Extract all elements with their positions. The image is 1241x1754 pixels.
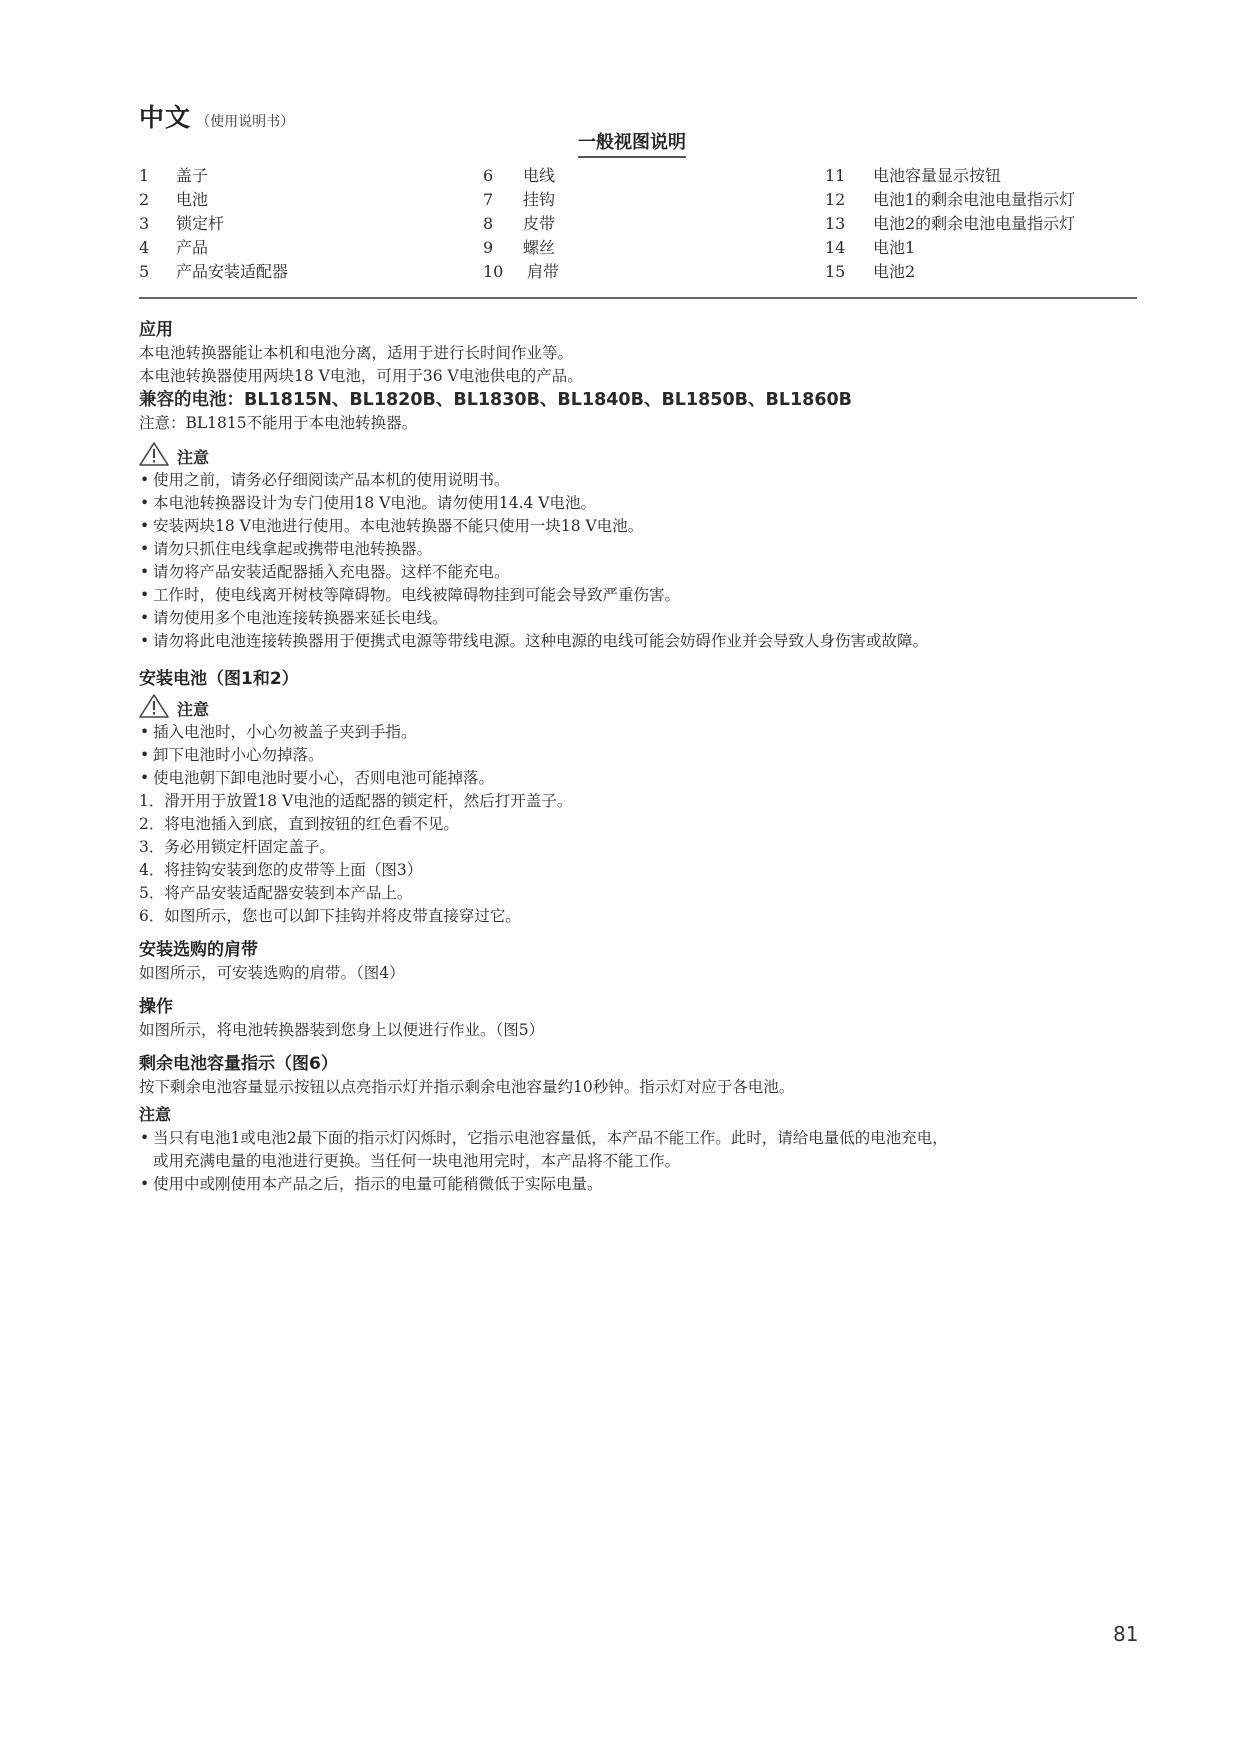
page-number: 81 xyxy=(1113,1622,1138,1646)
shoulder-strap-section: 安装选购的肩带 如图所示，可安装选购的肩带。（图4） xyxy=(139,938,1139,985)
caution-item: •工作时，使电线离开树枝等障碍物。电线被障碍物挂到可能会导致严重伤害。 xyxy=(139,584,1139,607)
parts-column-3: 11电池容量显示按钮 12电池1的剩余电池电量指示灯 13电池2的剩余电池电量指… xyxy=(825,164,1075,284)
caution-item: •请勿将产品安装适配器插入充电器。这样不能充电。 xyxy=(139,561,1139,584)
manual-subtitle: （使用说明书） xyxy=(196,114,294,130)
part-label: 电池1 xyxy=(873,236,915,260)
part-label: 螺丝 xyxy=(523,236,555,260)
warning-triangle-icon xyxy=(139,442,169,470)
parts-column-2: 6电线 7挂钩 8皮带 9螺丝 10肩带 xyxy=(483,164,559,284)
part-label: 皮带 xyxy=(523,212,555,236)
application-note: 注意：BL1815不能用于本电池转换器。 xyxy=(139,412,1139,435)
part-item: 6电线 xyxy=(483,164,559,188)
capacity-text: 按下剩余电池容量显示按钮以点亮指示灯并指示剩余电池容量约10秒钟。指示灯对应于各… xyxy=(139,1076,1139,1099)
operation-section: 操作 如图所示，将电池转换器装到您身上以便进行作业。（图5） xyxy=(139,995,1139,1042)
note-item-continuation: 或用充满电量的电池进行更换。当任何一块电池用完时，本产品将不能工作。 xyxy=(139,1150,1139,1173)
part-item: 14电池1 xyxy=(825,236,1075,260)
capacity-section: 剩余电池容量指示（图6） 按下剩余电池容量显示按钮以点亮指示灯并指示剩余电池容量… xyxy=(139,1052,1139,1196)
part-number: 5 xyxy=(139,260,176,284)
caution-header: 注意 xyxy=(139,695,1139,721)
note-item: •当只有电池1或电池2最下面的指示灯闪烁时，它指示电池容量低，本产品不能工作。此… xyxy=(139,1127,1139,1150)
part-item: 9螺丝 xyxy=(483,236,559,260)
part-number: 1 xyxy=(139,164,176,188)
caution-label: 注意 xyxy=(177,697,209,720)
part-label: 锁定杆 xyxy=(176,212,224,236)
install-step: 1．滑开用于放置18 V电池的适配器的锁定杆，然后打开盖子。 xyxy=(139,790,1139,813)
part-number: 7 xyxy=(483,188,523,212)
operation-text: 如图所示，将电池转换器装到您身上以便进行作业。（图5） xyxy=(139,1019,1139,1042)
part-label: 肩带 xyxy=(527,260,559,284)
part-label: 电池1的剩余电池电量指示灯 xyxy=(873,188,1075,212)
caution-section-general: 注意 •使用之前，请务必仔细阅读产品本机的使用说明书。 •本电池转换器设计为专门… xyxy=(139,443,1139,653)
operation-heading: 操作 xyxy=(139,995,1139,1019)
caution-label: 注意 xyxy=(177,445,209,468)
caution-item: •本电池转换器设计为专门使用18 V电池。请勿使用14.4 V电池。 xyxy=(139,492,1139,515)
part-label: 产品 xyxy=(176,236,208,260)
part-label: 电池2的剩余电池电量指示灯 xyxy=(873,212,1075,236)
capacity-note-list: •当只有电池1或电池2最下面的指示灯闪烁时，它指示电池容量低，本产品不能工作。此… xyxy=(139,1127,1139,1196)
part-number: 14 xyxy=(825,236,873,260)
part-number: 4 xyxy=(139,236,176,260)
application-heading: 应用 xyxy=(139,318,1139,342)
note-item: •使用中或刚使用本产品之后，指示的电量可能稍微低于实际电量。 xyxy=(139,1173,1139,1196)
part-number: 15 xyxy=(825,260,873,284)
part-item: 5产品安装适配器 xyxy=(139,260,288,284)
part-label: 电池 xyxy=(176,188,208,212)
application-section: 应用 本电池转换器能让本机和电池分离，适用于进行长时间作业等。 本电池转换器使用… xyxy=(139,318,1139,435)
part-label: 产品安装适配器 xyxy=(176,260,288,284)
install-battery-section: 安装电池（图1和2） 注意 •插入电池时，小心勿被盖子夹到手指。 •卸下电池时小… xyxy=(139,667,1139,928)
caution-item: •安装两块18 V电池进行使用。本电池转换器不能只使用一块18 V电池。 xyxy=(139,515,1139,538)
part-label: 电线 xyxy=(523,164,555,188)
part-number: 3 xyxy=(139,212,176,236)
part-item: 15电池2 xyxy=(825,260,1075,284)
part-number: 11 xyxy=(825,164,873,188)
caution-header: 注意 xyxy=(139,443,1139,469)
manual-body: 应用 本电池转换器能让本机和电池分离，适用于进行长时间作业等。 本电池转换器使用… xyxy=(139,318,1139,1196)
caution-list: •使用之前，请务必仔细阅读产品本机的使用说明书。 •本电池转换器设计为专门使用1… xyxy=(139,469,1139,653)
part-number: 2 xyxy=(139,188,176,212)
capacity-note-label: 注意 xyxy=(139,1103,1139,1127)
caution-item: •使用之前，请务必仔细阅读产品本机的使用说明书。 xyxy=(139,469,1139,492)
part-item: 11电池容量显示按钮 xyxy=(825,164,1075,188)
install-step: 5．将产品安装适配器安装到本产品上。 xyxy=(139,882,1139,905)
warning-triangle-icon xyxy=(139,694,169,722)
install-heading: 安装电池（图1和2） xyxy=(139,667,1139,691)
caution-item: •请勿将此电池连接转换器用于便携式电源等带线电源。这种电源的电线可能会妨碍作业并… xyxy=(139,630,1139,653)
part-label: 电池2 xyxy=(873,260,915,284)
caution-item: •请勿使用多个电池连接转换器来延长电线。 xyxy=(139,607,1139,630)
caution-item: •卸下电池时小心勿掉落。 xyxy=(139,744,1139,767)
part-number: 10 xyxy=(483,260,527,284)
language-title: 中文 xyxy=(139,103,191,132)
part-item: 7挂钩 xyxy=(483,188,559,212)
part-number: 13 xyxy=(825,212,873,236)
install-steps: 1．滑开用于放置18 V电池的适配器的锁定杆，然后打开盖子。 2．将电池插入到底… xyxy=(139,790,1139,928)
part-item: 8皮带 xyxy=(483,212,559,236)
part-number: 6 xyxy=(483,164,523,188)
part-number: 8 xyxy=(483,212,523,236)
general-view-title: 一般视图说明 xyxy=(578,128,686,158)
application-line: 本电池转换器使用两块18 V电池，可用于36 V电池供电的产品。 xyxy=(139,365,1139,388)
caution-item: •插入电池时，小心勿被盖子夹到手指。 xyxy=(139,721,1139,744)
compatible-batteries: 兼容的电池：BL1815N、BL1820B、BL1830B、BL1840B、BL… xyxy=(139,388,1139,412)
part-item: 10肩带 xyxy=(483,260,559,284)
part-item: 3锁定杆 xyxy=(139,212,288,236)
caution-item: •使电池朝下卸电池时要小心，否则电池可能掉落。 xyxy=(139,767,1139,790)
part-label: 盖子 xyxy=(176,164,208,188)
install-step: 3．务必用锁定杆固定盖子。 xyxy=(139,836,1139,859)
part-item: 13电池2的剩余电池电量指示灯 xyxy=(825,212,1075,236)
application-line: 本电池转换器能让本机和电池分离，适用于进行长时间作业等。 xyxy=(139,342,1139,365)
shoulder-text: 如图所示，可安装选购的肩带。（图4） xyxy=(139,962,1139,985)
part-label: 挂钩 xyxy=(523,188,555,212)
install-caution-list: •插入电池时，小心勿被盖子夹到手指。 •卸下电池时小心勿掉落。 •使电池朝下卸电… xyxy=(139,721,1139,790)
part-item: 12电池1的剩余电池电量指示灯 xyxy=(825,188,1075,212)
section-divider xyxy=(139,297,1137,299)
part-label: 电池容量显示按钮 xyxy=(873,164,1001,188)
part-item: 2电池 xyxy=(139,188,288,212)
shoulder-heading: 安装选购的肩带 xyxy=(139,938,1139,962)
install-step: 2．将电池插入到底，直到按钮的红色看不见。 xyxy=(139,813,1139,836)
install-step: 4．将挂钩安装到您的皮带等上面（图3） xyxy=(139,859,1139,882)
part-item: 1盖子 xyxy=(139,164,288,188)
part-number: 9 xyxy=(483,236,523,260)
install-step: 6．如图所示，您也可以卸下挂钩并将皮带直接穿过它。 xyxy=(139,905,1139,928)
capacity-heading: 剩余电池容量指示（图6） xyxy=(139,1052,1139,1076)
parts-column-1: 1盖子 2电池 3锁定杆 4产品 5产品安装适配器 xyxy=(139,164,288,284)
page-heading: 中文 （使用说明书） xyxy=(139,98,294,134)
caution-item: •请勿只抓住电线拿起或携带电池转换器。 xyxy=(139,538,1139,561)
part-item: 4产品 xyxy=(139,236,288,260)
part-number: 12 xyxy=(825,188,873,212)
